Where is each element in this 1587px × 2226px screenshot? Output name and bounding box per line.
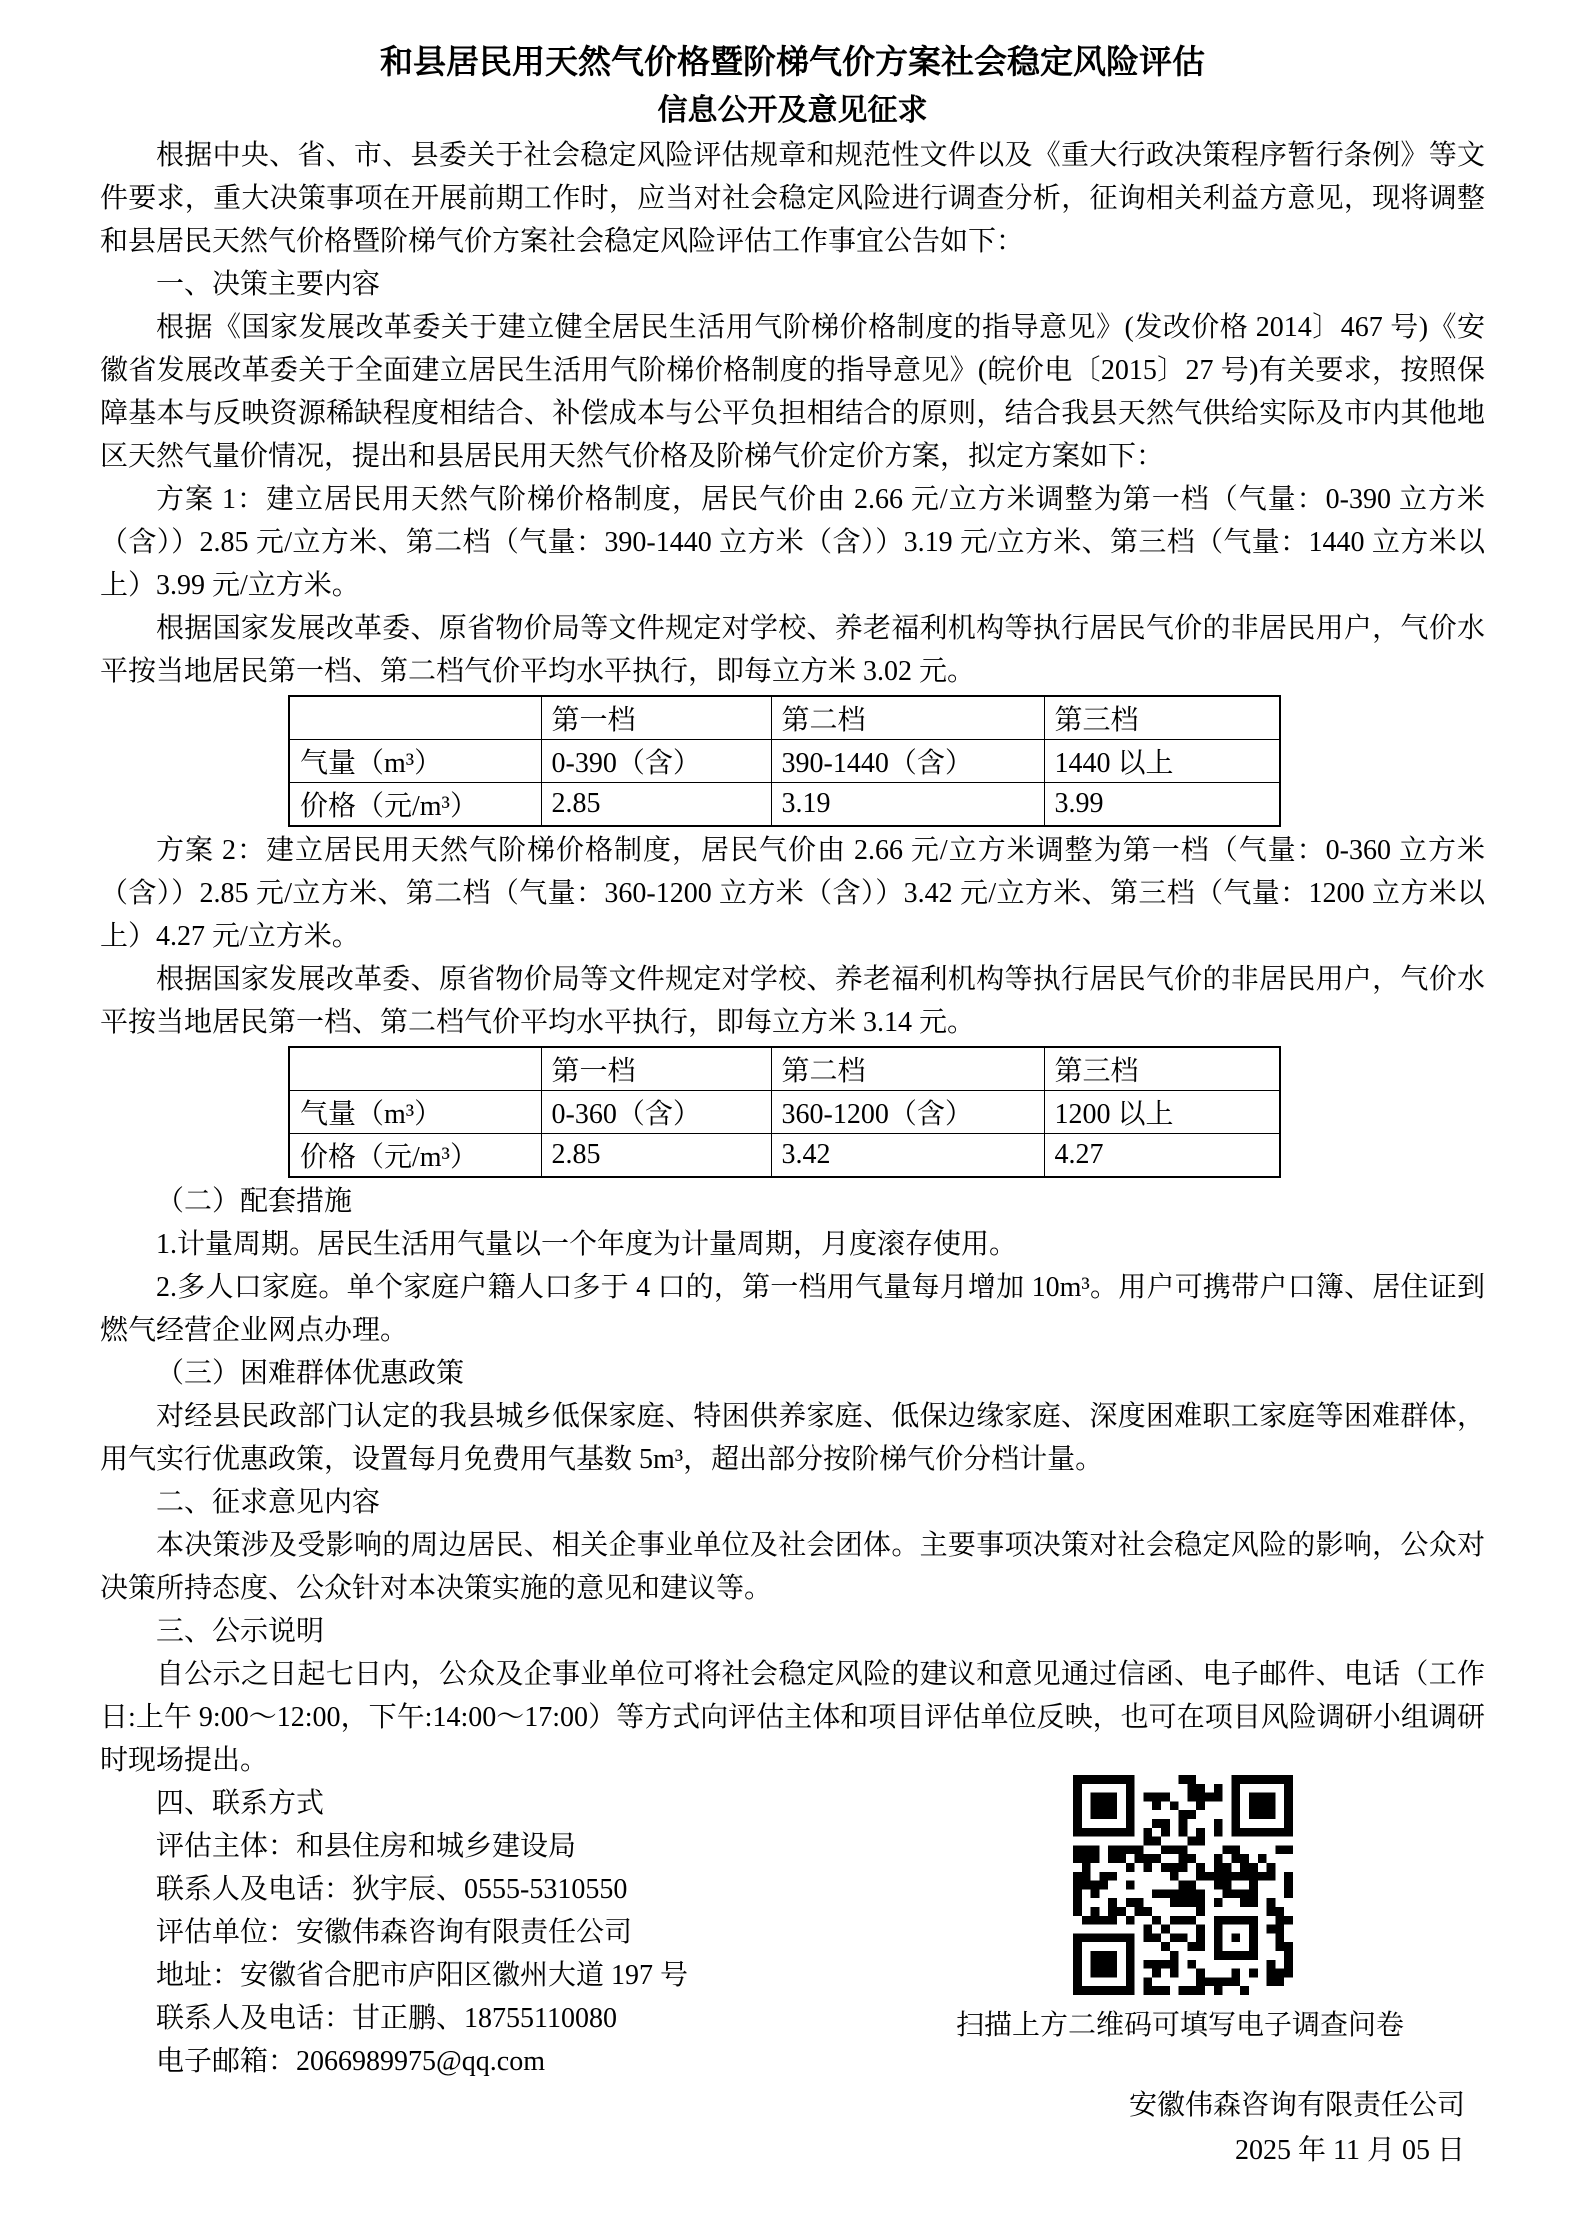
section1-intro-paragraph: 根据《国家发展改革委关于建立健全居民生活用气阶梯价格制度的指导意见》(发改价格 … (100, 306, 1485, 478)
table-header-tier2: 第二档 (771, 1047, 1044, 1091)
section2-paragraph: 本决策涉及受影响的周边居民、相关企事业单位及社会团体。主要事项决策对社会稳定风险… (100, 1524, 1485, 1610)
table-cell: 4.27 (1044, 1134, 1280, 1178)
table-row: 气量（m³） 0-390（含） 390-1440（含） 1440 以上 (289, 740, 1280, 783)
welfare-paragraph: 对经县民政部门认定的我县城乡低保家庭、特困供养家庭、低保边缘家庭、深度困难职工家… (100, 1395, 1485, 1481)
table-cell: 2.85 (541, 783, 771, 827)
table-cell: 360-1200（含） (771, 1091, 1044, 1134)
table-cell: 1440 以上 (1044, 740, 1280, 783)
measure2-paragraph: 2.多人口家庭。单个家庭户籍人口多于 4 口的，第一档用气量每月增加 10m³。… (100, 1266, 1485, 1352)
document-title: 和县居民用天然气价格暨阶梯气价方案社会稳定风险评估 (100, 38, 1485, 88)
qr-code (1073, 1775, 1293, 1995)
table-cell: 3.99 (1044, 783, 1280, 827)
table-cell: 2.85 (541, 1134, 771, 1178)
document-page: 和县居民用天然气价格暨阶梯气价方案社会稳定风险评估 信息公开及意见征求 根据中央… (0, 0, 1587, 2226)
document-subtitle: 信息公开及意见征求 (100, 88, 1485, 134)
table-header-empty (289, 1047, 541, 1091)
plan1-price-table: 第一档 第二档 第三档 气量（m³） 0-390（含） 390-1440（含） … (288, 695, 1281, 827)
table-cell: 3.19 (771, 783, 1044, 827)
table-header-tier1: 第一档 (541, 1047, 771, 1091)
intro-paragraph: 根据中央、省、市、县委关于社会稳定风险评估规章和规范性文件以及《重大行政决策程序… (100, 134, 1485, 263)
section1-3-heading: （三）困难群体优惠政策 (100, 1352, 1485, 1395)
measure1-paragraph: 1.计量周期。居民生活用气量以一个年度为计量周期，月度滚存使用。 (100, 1223, 1485, 1266)
table-header-empty (289, 696, 541, 740)
section1-heading: 一、决策主要内容 (100, 263, 1485, 306)
signature-company: 安徽伟森咨询有限责任公司 (100, 2083, 1485, 2128)
table-cell: 390-1440（含） (771, 740, 1044, 783)
table-cell-volume-label: 气量（m³） (289, 740, 541, 783)
table-row: 价格（元/m³） 2.85 3.42 4.27 (289, 1134, 1280, 1178)
table-cell: 3.42 (771, 1134, 1044, 1178)
table-cell: 0-390（含） (541, 740, 771, 783)
table-header-tier3: 第三档 (1044, 696, 1280, 740)
table-header-tier3: 第三档 (1044, 1047, 1280, 1091)
plan2-paragraph: 方案 2：建立居民用天然气阶梯价格制度，居民气价由 2.66 元/立方米调整为第… (100, 829, 1485, 958)
table-cell: 1200 以上 (1044, 1091, 1280, 1134)
table-cell-volume-label: 气量（m³） (289, 1091, 541, 1134)
table-header-tier2: 第二档 (771, 696, 1044, 740)
section3-heading: 三、公示说明 (100, 1610, 1485, 1653)
table-row: 第一档 第二档 第三档 (289, 1047, 1280, 1091)
plan2-note-paragraph: 根据国家发展改革委、原省物价局等文件规定对学校、养老福利机构等执行居民气价的非居… (100, 958, 1485, 1044)
table-cell-price-label: 价格（元/m³） (289, 783, 541, 827)
plan1-paragraph: 方案 1：建立居民用天然气阶梯价格制度，居民气价由 2.66 元/立方米调整为第… (100, 478, 1485, 607)
plan2-price-table: 第一档 第二档 第三档 气量（m³） 0-360（含） 360-1200（含） … (288, 1046, 1281, 1178)
section2-heading: 二、征求意见内容 (100, 1481, 1485, 1524)
table-row: 气量（m³） 0-360（含） 360-1200（含） 1200 以上 (289, 1091, 1280, 1134)
table-row: 第一档 第二档 第三档 (289, 696, 1280, 740)
qr-caption: 扫描上方二维码可填写电子调查问卷 (870, 2004, 1490, 2047)
table-cell: 0-360（含） (541, 1091, 771, 1134)
section1-2-heading: （二）配套措施 (100, 1180, 1485, 1223)
table-row: 价格（元/m³） 2.85 3.19 3.99 (289, 783, 1280, 827)
section3-paragraph: 自公示之日起七日内，公众及企事业单位可将社会稳定风险的建议和意见通过信函、电子邮… (100, 1653, 1485, 1782)
table-cell-price-label: 价格（元/m³） (289, 1134, 541, 1178)
signature-date: 2025 年 11 月 05 日 (100, 2128, 1485, 2173)
plan1-note-paragraph: 根据国家发展改革委、原省物价局等文件规定对学校、养老福利机构等执行居民气价的非居… (100, 607, 1485, 693)
table-header-tier1: 第一档 (541, 696, 771, 740)
